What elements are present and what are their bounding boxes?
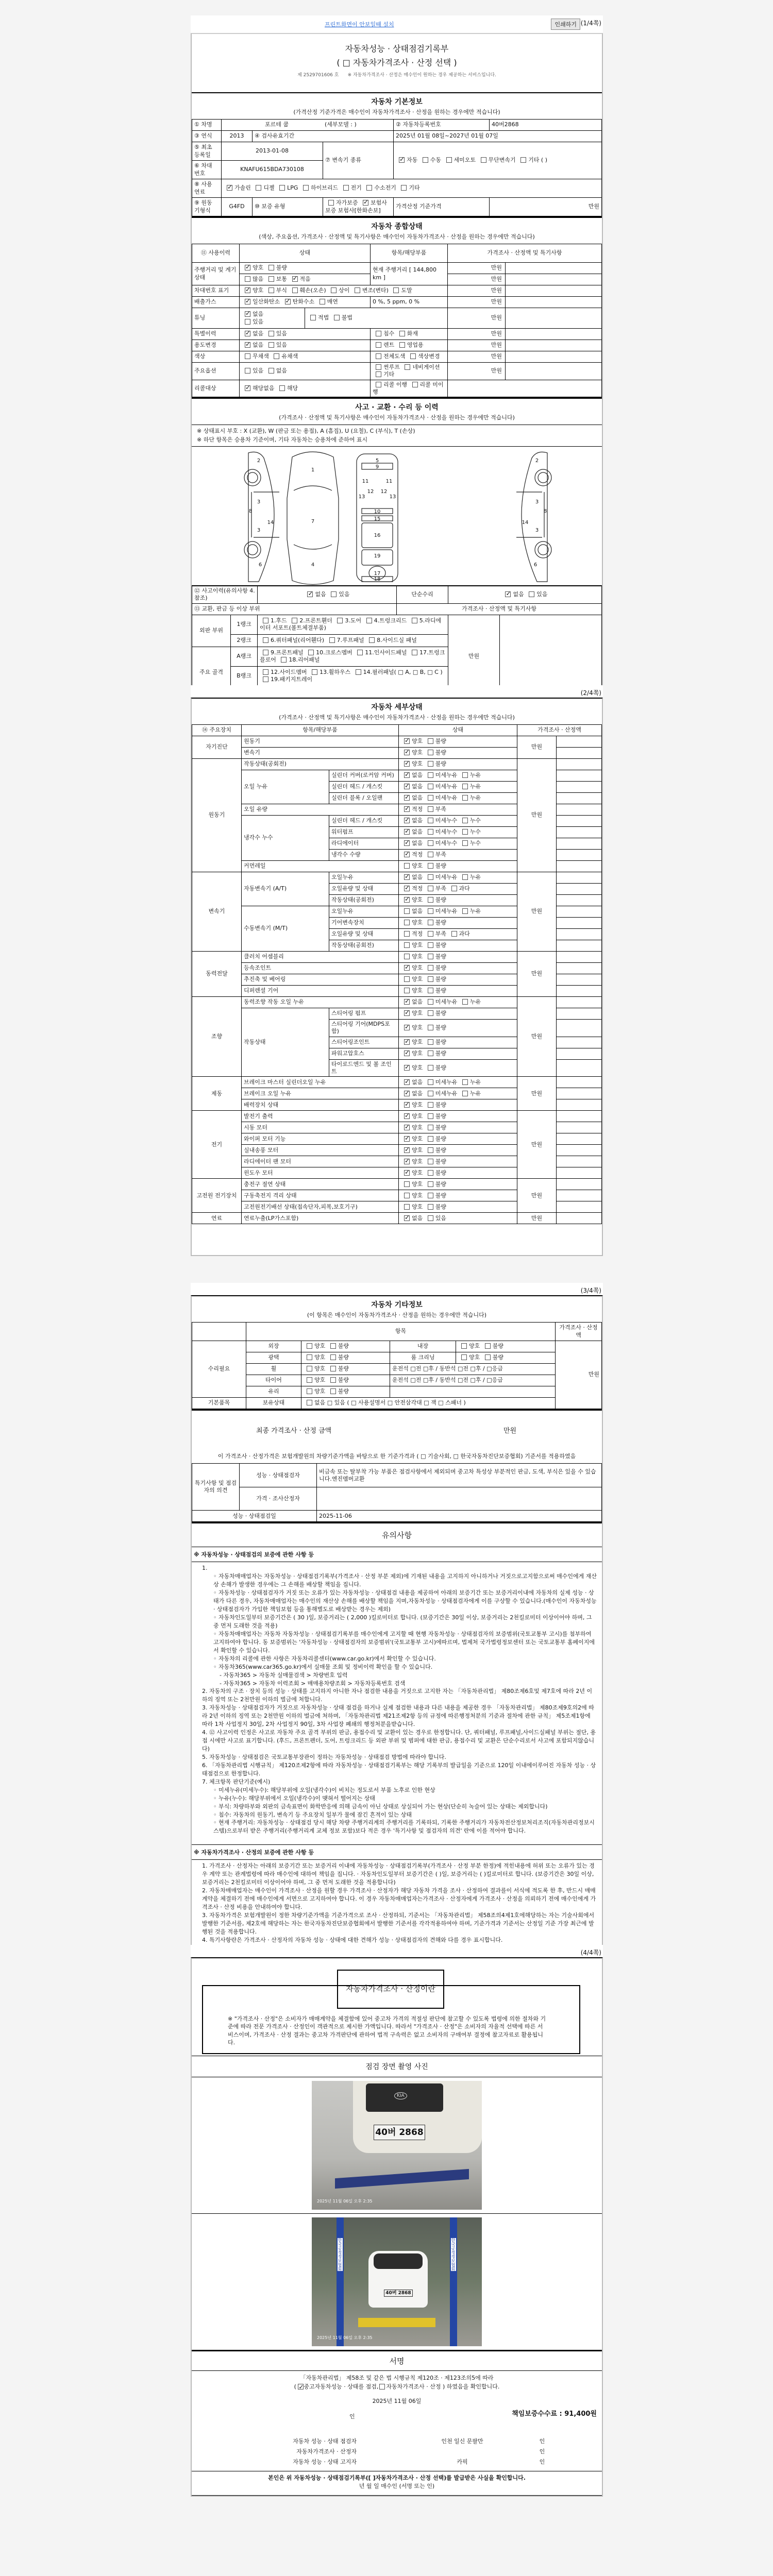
checkbox-option[interactable]: 양호 [304,1354,325,1361]
checkbox-icon[interactable] [428,976,433,982]
checkbox-icon[interactable] [462,818,468,823]
checkbox-option[interactable]: 양호 [304,1365,325,1372]
checkbox-icon[interactable] [481,157,486,163]
checkbox-option[interactable]: 1.후드 [260,617,287,624]
checkbox-icon[interactable] [428,965,433,971]
checkbox-icon[interactable] [227,185,232,191]
checkbox-icon[interactable] [428,1147,433,1153]
checkbox-icon[interactable] [462,795,468,801]
checkbox-option[interactable]: 수소전기 [363,184,396,191]
checkbox-icon[interactable] [428,1136,433,1142]
checkbox-option[interactable]: 불량 [425,964,446,971]
checkbox-option[interactable]: 네비게이션 [401,364,440,370]
checkbox-icon[interactable] [428,1170,433,1176]
checkbox-icon[interactable] [485,1354,491,1360]
checkbox-icon[interactable] [356,669,361,675]
checkbox-option[interactable]: 누유 [459,874,481,880]
checkbox-icon[interactable] [404,942,410,948]
checkbox-option[interactable]: 없음 [401,908,423,914]
checkbox-icon[interactable] [428,1181,433,1187]
checkbox-icon[interactable] [404,999,410,1005]
checkbox-icon[interactable] [428,897,433,903]
print-button[interactable]: 인쇄하기 [551,19,580,30]
checkbox-option[interactable]: 양호 [242,264,263,271]
checkbox-icon[interactable] [245,385,250,391]
checkbox-icon[interactable] [245,311,250,317]
checkbox-option[interactable]: 양호 [401,1170,423,1176]
checkbox-option[interactable]: 기타 [398,184,419,191]
checkbox-option[interactable]: 불량 [425,1050,446,1057]
checkbox-option[interactable]: 19.패키지트레이 [260,676,312,683]
checkbox-icon[interactable] [310,315,316,320]
checkbox-option[interactable]: 자동 [396,157,417,163]
checkbox-icon[interactable] [462,1091,468,1096]
checkbox-option[interactable]: 없음 [401,874,423,880]
checkbox-icon[interactable] [462,840,468,846]
checkbox-icon[interactable] [428,1125,433,1130]
checkbox-icon[interactable] [404,988,410,993]
checkbox-option[interactable]: 있음 [328,591,349,598]
checkbox-option[interactable]: 양호 [401,1147,423,1154]
checkbox-option[interactable]: 미세누유 [425,794,458,801]
checkbox-option[interactable]: 있음 [526,591,547,598]
checkbox-icon[interactable] [404,863,410,869]
checkbox-option[interactable]: 적정 [401,806,423,812]
checkbox-icon[interactable] [404,931,410,937]
checkbox-option[interactable]: 3.도어 [334,617,361,624]
checkbox-icon[interactable] [245,287,250,293]
checkbox-option[interactable]: 많음 [242,276,263,282]
checkbox-option[interactable]: 양호 [401,738,423,744]
checkbox-option[interactable]: 있음 [242,318,263,325]
checkbox-option[interactable]: 불량 [425,1147,446,1154]
checkbox-option[interactable]: 미세누수 [425,817,458,824]
checkbox-option[interactable]: 없음 [265,367,287,374]
checkbox-icon[interactable] [404,1204,410,1210]
checkbox-icon[interactable] [334,315,340,320]
checkbox-option[interactable]: 무채색 [242,353,269,360]
checkbox-icon[interactable] [307,1343,312,1349]
checkbox-icon[interactable] [292,276,298,282]
checkbox-option[interactable]: 부족 [425,930,446,937]
checkbox-option[interactable]: 누유 [459,783,481,790]
checkbox-option[interactable]: 없음 [401,783,423,790]
checkbox-option[interactable]: 일산화탄소 [242,298,280,305]
checkbox-option[interactable]: 양호 [401,1050,423,1057]
checkbox-icon[interactable] [404,954,410,959]
checkbox-option[interactable]: 양호 [401,1101,423,1108]
checkbox-icon[interactable] [404,806,410,812]
checkbox-option[interactable]: 있음 [242,367,263,374]
checkbox-icon[interactable] [404,1079,410,1085]
checkbox-icon[interactable] [428,1065,433,1071]
checkbox-option[interactable]: 불량 [425,760,446,767]
checkbox-option[interactable]: 변조(변타) [351,287,389,294]
checkbox-icon[interactable] [263,618,268,623]
checkbox-icon[interactable] [404,761,410,767]
checkbox-icon[interactable] [343,185,349,191]
checkbox-icon[interactable] [401,185,407,191]
checkbox-icon[interactable] [268,287,274,293]
checkbox-icon[interactable] [366,185,372,191]
checkbox-option[interactable]: 양호 [401,1181,423,1188]
checkbox-icon[interactable] [428,818,433,823]
checkbox-option[interactable]: 불량 [327,1365,349,1372]
checkbox-icon[interactable] [292,618,297,623]
checkbox-icon[interactable] [462,784,468,789]
checkbox-option[interactable]: 해당 [276,385,298,392]
checkbox-option[interactable]: 탄화수소 [282,298,315,305]
install-link[interactable]: 프린트화면이 안보일때 설치 [325,20,394,28]
checkbox-icon[interactable] [376,342,381,348]
checkbox-icon[interactable] [404,1170,410,1176]
checkbox-icon[interactable] [399,157,405,163]
checkbox-option[interactable]: 없음 [304,591,326,598]
checkbox-icon[interactable] [330,1343,336,1349]
checkbox-option[interactable]: 양호 [304,1377,325,1383]
checkbox-option[interactable]: 없음 [401,1079,423,1086]
checkbox-icon[interactable] [428,886,433,891]
checkbox-icon[interactable] [376,364,381,370]
checkbox-option[interactable]: 적정 [401,930,423,937]
checkbox-icon[interactable] [404,1136,410,1142]
checkbox-option[interactable]: 불량 [425,1101,446,1108]
checkbox-icon[interactable] [404,1091,410,1096]
checkbox-option[interactable]: 누유 [459,794,481,801]
checkbox-option[interactable]: 불량 [425,1113,446,1120]
checkbox-option[interactable]: 과다 [448,930,470,937]
checkbox-option[interactable]: 불량 [425,953,446,960]
checkbox-option[interactable]: 불량 [425,1124,446,1131]
checkbox-option[interactable]: 불량 [425,987,446,994]
checkbox-option[interactable]: 해당없음 [242,385,275,392]
checkbox-icon[interactable] [404,829,410,835]
checkbox-icon[interactable] [404,1113,410,1119]
checkbox-option[interactable]: 보통 [265,276,287,282]
checkbox-icon[interactable] [329,637,335,643]
checkbox-option[interactable]: 불량 [327,1377,349,1383]
checkbox-icon[interactable] [404,897,410,903]
checkbox-icon[interactable] [404,976,410,982]
checkbox-icon[interactable] [428,1079,433,1085]
checkbox-icon[interactable] [404,1050,410,1056]
checkbox-option[interactable]: 미세누유 [425,783,458,790]
checkbox-option[interactable]: 양호 [401,1158,423,1165]
checkbox-icon[interactable] [462,874,468,880]
checkbox-option[interactable]: 누유 [459,998,481,1005]
checkbox-option[interactable]: 불량 [425,976,446,982]
checkbox-icon[interactable] [263,650,268,655]
checkbox-icon[interactable] [404,1102,410,1108]
checkbox-option[interactable]: 불량 [425,1010,446,1016]
checkbox-option[interactable]: 미세누유 [425,874,458,880]
checkbox-option[interactable]: 불량 [425,1192,446,1199]
checkbox-option[interactable]: 양호 [401,1136,423,1142]
checkbox-icon[interactable] [412,650,417,655]
checkbox-icon[interactable] [428,874,433,880]
checkbox-option[interactable]: 색상변경 [407,353,440,360]
checkbox-icon[interactable] [404,1065,410,1071]
checkbox-option[interactable]: 양호 [401,749,423,756]
checkbox-option[interactable]: 불량 [425,1136,446,1142]
checkbox-option[interactable]: 12.사이드멤버 [260,669,307,675]
checkbox-icon[interactable] [428,829,433,835]
checkbox-icon[interactable] [428,784,433,789]
checkbox-icon[interactable] [428,1215,433,1221]
checkbox-option[interactable]: 세미오토 [443,157,476,163]
checkbox-icon[interactable] [245,276,250,282]
checkbox-option[interactable]: 없음 [401,794,423,801]
checkbox-icon[interactable] [268,331,274,336]
checkbox-icon[interactable] [330,1366,336,1371]
checkbox-option[interactable]: 없음 [242,311,263,317]
checkbox-option[interactable]: 양호 [401,987,423,994]
checkbox-icon[interactable] [307,1388,312,1394]
checkbox-option[interactable]: 적정 [401,885,423,892]
checkbox-option[interactable]: 양호 [401,964,423,971]
checkbox-icon[interactable] [279,385,285,391]
checkbox-option[interactable]: 11.인사이드패널 [354,649,407,656]
checkbox-option[interactable]: 미세누수 [425,840,458,846]
checkbox-option[interactable]: 양호 [401,1024,423,1031]
checkbox-option[interactable]: 불량 [425,749,446,756]
checkbox-option[interactable]: 없음 [242,330,263,337]
checkbox-icon[interactable] [428,954,433,959]
checkbox-icon[interactable] [263,637,268,643]
checkbox-icon[interactable] [404,840,410,846]
checkbox-icon[interactable] [263,676,268,682]
checkbox-option[interactable]: 매연 [316,298,338,305]
checkbox-icon[interactable] [376,331,381,336]
checkbox-icon[interactable] [268,265,274,270]
checkbox-option[interactable]: 불량 [327,1354,349,1361]
checkbox-option[interactable]: 과다 [448,885,470,892]
checkbox-icon[interactable] [404,750,410,755]
checkbox-icon[interactable] [461,1354,467,1360]
checkbox-icon[interactable] [279,185,285,191]
checkbox-icon[interactable] [307,1366,312,1371]
checkbox-icon[interactable] [428,738,433,744]
checkbox-icon[interactable] [303,185,309,191]
checkbox-icon[interactable] [281,657,287,663]
checkbox-icon[interactable] [428,772,433,778]
checkbox-option[interactable]: 유채색 [271,353,298,360]
checkbox-icon[interactable] [428,852,433,857]
checkbox-icon[interactable] [423,157,428,163]
checkbox-option[interactable]: 화재 [396,330,418,337]
checkbox-option[interactable]: 미세누유 [425,772,458,778]
checkbox-icon[interactable] [404,1215,410,1221]
checkbox-icon[interactable] [404,1039,410,1045]
checkbox-option[interactable]: 미세누유 [425,1079,458,1086]
checkbox-option[interactable]: 훼손(오손) [289,287,326,294]
checkbox-icon[interactable] [461,1343,467,1349]
checkbox-icon[interactable] [330,1354,336,1360]
checkbox-icon[interactable] [428,1025,433,1030]
checkbox-icon[interactable] [428,1010,433,1016]
checkbox-option[interactable]: 불량 [425,1064,446,1071]
checkbox-option[interactable]: 누유 [459,908,481,914]
checkbox-option[interactable]: 양호 [401,862,423,869]
checkbox-icon[interactable] [529,591,534,597]
checkbox-option[interactable]: 적정 [401,851,423,858]
checkbox-option[interactable]: 불량 [425,919,446,926]
checkbox-icon[interactable] [404,795,410,801]
checkbox-icon[interactable] [428,1039,433,1045]
checkbox-icon[interactable] [307,1400,312,1405]
checkbox-option[interactable]: 있음 [265,330,287,337]
checkbox-option[interactable]: 불량 [425,1024,446,1031]
checkbox-icon[interactable] [428,840,433,846]
checkbox-option[interactable]: 양호 [401,760,423,767]
checkbox-icon[interactable] [404,1181,410,1187]
checkbox-option[interactable]: 양호 [401,976,423,982]
checkbox-icon[interactable] [363,200,368,206]
checkbox-icon[interactable] [428,1159,433,1164]
checkbox-option[interactable]: 양호 [401,953,423,960]
checkbox-option[interactable]: 부족 [425,851,446,858]
checkbox-icon[interactable] [428,908,433,914]
checkbox-icon[interactable] [404,1147,410,1153]
checkbox-option[interactable]: 없음 [401,840,423,846]
checkbox-option[interactable]: 불량 [425,896,446,903]
checkbox-option[interactable]: 부족 [425,885,446,892]
checkbox-icon[interactable] [505,591,511,597]
checkbox-icon[interactable] [399,342,405,348]
checkbox-icon[interactable] [328,200,334,206]
checkbox-icon[interactable] [412,382,418,387]
checkbox-option[interactable]: 렌트 [373,342,394,348]
checkbox-icon[interactable] [451,886,457,891]
checkbox-option[interactable]: 썬루프 [373,364,400,370]
checkbox-option[interactable]: 불량 [425,738,446,744]
checkbox-icon[interactable] [376,353,381,359]
checkbox-icon[interactable] [428,795,433,801]
checkbox-icon[interactable] [268,368,274,374]
checkbox-option[interactable]: 양호 [401,896,423,903]
checkbox-option[interactable]: 도말 [390,287,412,294]
checkbox-option[interactable]: 누유 [459,772,481,778]
checkbox-option[interactable]: 불량 [425,1039,446,1045]
checkbox-option[interactable]: 있음 [265,342,287,348]
checkbox-icon[interactable] [404,772,410,778]
checkbox-option[interactable]: 미세누유 [425,1090,458,1097]
checkbox-icon[interactable] [462,829,468,835]
checkbox-option[interactable]: 양호 [401,942,423,948]
checkbox-option[interactable]: 불량 [327,1343,349,1349]
checkbox-option[interactable]: 누유 [459,1079,481,1086]
checkbox-icon[interactable] [245,342,250,348]
checkbox-icon[interactable] [404,738,410,744]
checkbox-option[interactable]: 불량 [327,1388,349,1395]
checkbox-icon[interactable] [428,931,433,937]
checkbox-option[interactable]: 없음 [242,342,263,348]
checkbox-option[interactable]: 불량 [425,1204,446,1210]
checkbox-icon[interactable] [245,299,250,304]
checkbox-option[interactable]: 10.크로스멤버 [305,649,352,656]
checkbox-icon[interactable] [462,999,468,1005]
checkbox-option[interactable]: 양호 [401,1204,423,1210]
checkbox-option[interactable]: 불량 [425,1158,446,1165]
checkbox-icon[interactable] [446,157,452,163]
checkbox-option[interactable]: 영업용 [396,342,424,348]
checkbox-option[interactable]: 불량 [425,942,446,948]
checkbox-icon[interactable] [404,818,410,823]
checkbox-option[interactable]: 침수 [373,330,394,337]
checkbox-icon[interactable] [330,1377,336,1383]
checkbox-option[interactable]: 양호 [401,1010,423,1016]
checkbox-option[interactable]: 적음 [289,276,311,282]
checkbox-icon[interactable] [307,1377,312,1383]
checkbox-icon[interactable] [428,1102,433,1108]
checkbox-icon[interactable] [331,591,337,597]
checkbox-icon[interactable] [320,299,325,304]
checkbox-icon[interactable] [428,920,433,925]
checkbox-option[interactable]: 불량 [265,264,287,271]
checkbox-option[interactable]: 자가보증 [325,199,358,206]
checkbox-option[interactable]: 양호 [401,1064,423,1071]
checkbox-icon[interactable] [428,1091,433,1096]
checkbox-icon[interactable] [357,650,363,655]
checkbox-option[interactable]: 없음 [502,591,524,598]
checkbox-icon[interactable] [410,353,416,359]
checkbox-option[interactable]: 없음 □ 있음 ( □ 사용설명서 □ 안전삼각대 □ 잭 □ 스패너 ) [304,1399,466,1406]
checkbox-option[interactable]: 불법 [331,314,352,321]
checkbox-option[interactable]: 부식 [265,287,287,294]
checkbox-icon[interactable] [366,618,372,623]
checkbox-option[interactable]: 양호 [401,1124,423,1131]
checkbox-option[interactable]: 양호 [401,1039,423,1045]
checkbox-icon[interactable] [428,806,433,812]
checkbox-option[interactable]: 13.휠하우스 [309,669,350,675]
checkbox-icon[interactable] [428,942,433,948]
checkbox-option[interactable]: 9.프론트패널 [260,649,304,656]
checkbox-option[interactable]: 있음 [425,1215,446,1222]
checkbox-icon[interactable] [451,931,457,937]
checkbox-option[interactable]: 부족 [425,806,446,812]
checkbox-icon[interactable] [274,353,279,359]
checkbox-option[interactable]: 4.트렁크리드 [363,617,407,624]
checkbox-option[interactable]: 전체도색 [373,353,406,360]
checkbox-icon[interactable] [245,319,250,325]
checkbox-icon[interactable] [428,750,433,755]
checkbox-icon[interactable] [355,287,360,293]
checkbox-icon[interactable] [245,353,250,359]
checkbox-option[interactable]: 무단변속기 [478,157,516,163]
checkbox-option[interactable]: 없음 [401,998,423,1005]
checkbox-option[interactable]: 미세누유 [425,908,458,914]
checkbox-option[interactable]: 상이 [328,287,349,294]
checkbox-icon[interactable] [404,784,410,789]
checkbox-icon[interactable] [331,287,337,293]
checkbox-icon[interactable] [404,965,410,971]
checkbox-icon[interactable] [428,999,433,1005]
checkbox-icon[interactable] [462,1079,468,1085]
checkbox-option[interactable]: 7.루프패널 [326,637,364,643]
checkbox-option[interactable]: 불량 [482,1343,503,1349]
checkbox-option[interactable]: 수동 [419,157,441,163]
checkbox-icon[interactable] [245,368,250,374]
checkbox-icon[interactable] [393,287,399,293]
checkbox-option[interactable]: 양호 [401,1113,423,1120]
checkbox-icon[interactable] [428,988,433,993]
checkbox-option[interactable]: 없음 [401,772,423,778]
checkbox-icon[interactable] [376,382,381,387]
checkbox-option[interactable]: 양호 [458,1354,480,1361]
checkbox-option[interactable]: 미세누유 [425,998,458,1005]
checkbox-option[interactable]: 가솔린 [224,184,251,191]
checkbox-icon[interactable] [485,1343,491,1349]
